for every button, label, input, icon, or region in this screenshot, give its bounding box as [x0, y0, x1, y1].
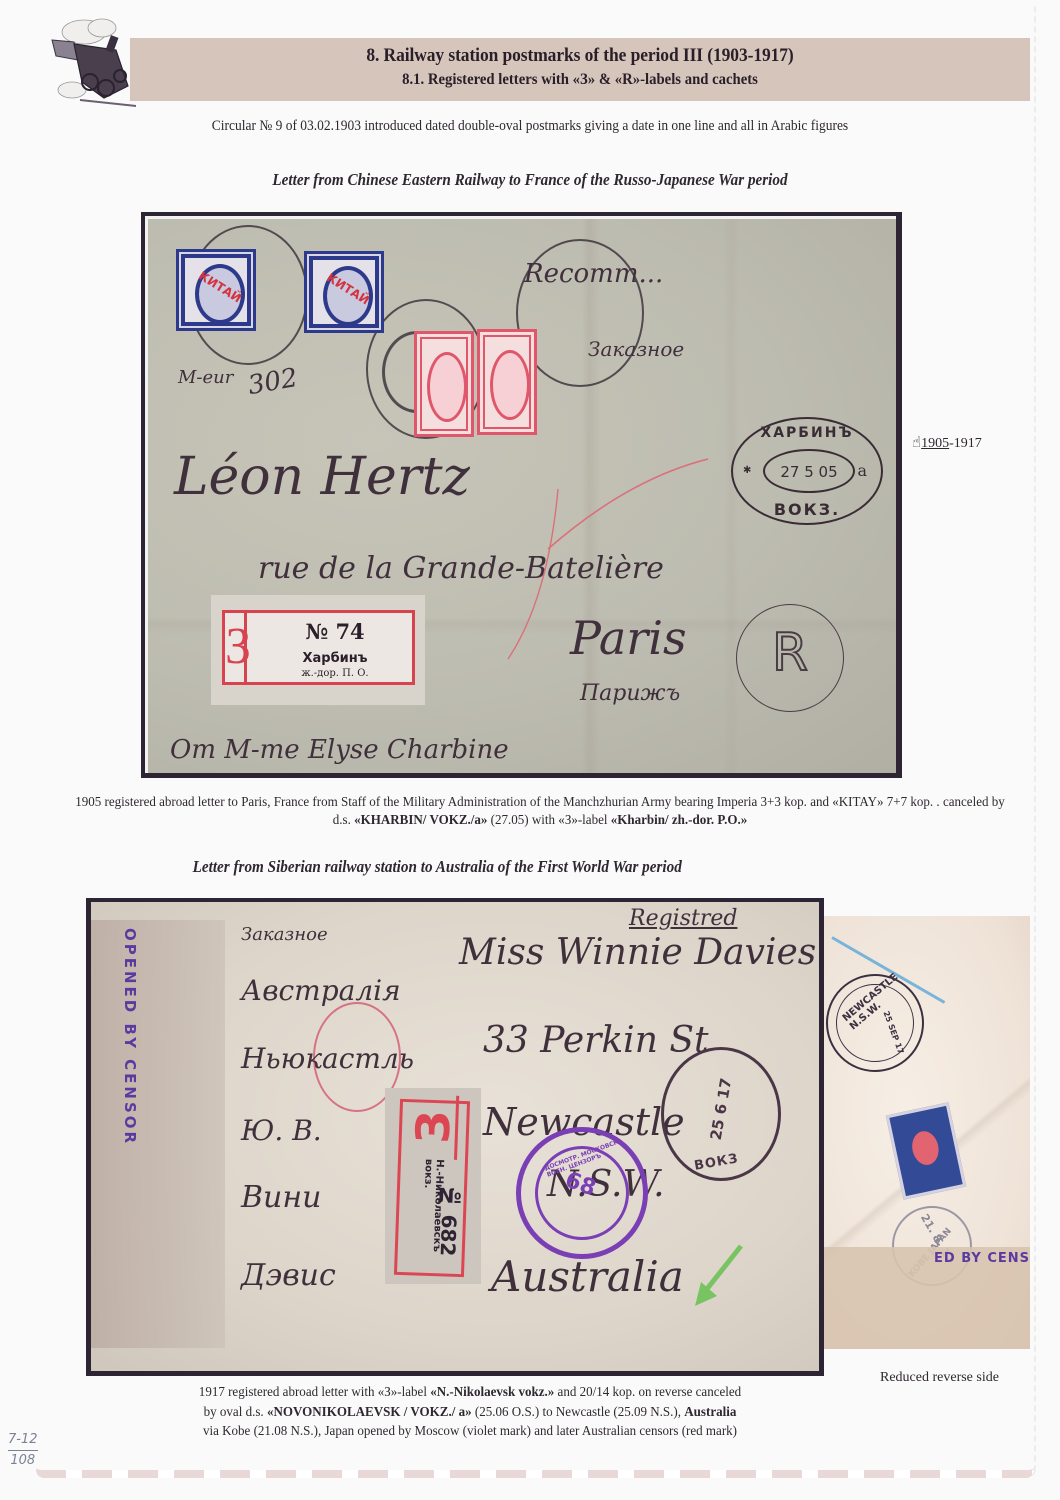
section-title-2: Letter from Siberian railway station to …	[60, 857, 814, 877]
label-city: Харбинъ	[265, 651, 405, 666]
caption-cover-1: 1905 registered abroad letter to Paris, …	[75, 794, 1005, 830]
postmark-novonikolaevsk-vokz: 25 6 17 ВОКЗ	[661, 1047, 781, 1181]
caption-cover-2: 1917 registered abroad letter with «З»-l…	[70, 1383, 870, 1442]
censor-strip: OPENED BY CENSOR	[91, 920, 225, 1348]
handwritten-number: 302	[246, 363, 300, 401]
caption-text: by oval d.s.	[204, 1405, 267, 1420]
handwritten-ru-2: Австралія	[241, 974, 401, 1007]
handwritten-country: Australia	[491, 1252, 684, 1301]
steam-locomotive-icon	[44, 16, 154, 108]
newcastle-postmark-date: 25 SEP 17	[882, 1010, 906, 1055]
registration-label: З № 74 Харбинъ ж.-дор. П. О.	[211, 595, 425, 705]
handwritten-registered: Registred	[629, 906, 737, 931]
censor-strip-reverse: ED BY CENS	[822, 1247, 1030, 1349]
r-cachet-letter: R	[737, 623, 843, 683]
postmark-date: 25 6 17	[706, 1073, 736, 1145]
star-icon: ✱	[743, 465, 751, 476]
caption-emphasis: «N.-Nikolaevsk vokz.»	[430, 1385, 554, 1400]
caption-text: via Kobe (21.08 N.S.), Japan opened by M…	[203, 1424, 737, 1439]
postmark-top: ХАРБИНЪ	[733, 425, 881, 441]
handwritten-zakaznoe: Заказное	[588, 337, 684, 361]
caption-text: (25.06 O.S.) to Newcastle (25.09 N.S.),	[472, 1405, 685, 1420]
registration-label: З Н.-Николаевскъ вокз. № 682	[385, 1088, 481, 1284]
label-number: № 682	[436, 1183, 463, 1257]
censor-strip-text: OPENED BY CENSOR	[121, 928, 139, 1146]
red-crayon-mark	[408, 399, 708, 679]
pointing-hand-icon: ☝	[912, 433, 921, 451]
label-box: З Н.-Николаевскъ вокз. № 682	[394, 1099, 470, 1277]
caption-emphasis: «KHARBIN/ VOKZ./a»	[354, 813, 487, 828]
handwritten-ru-6: Дэвис	[241, 1258, 336, 1293]
handwritten-sender: От М-me Elyse Charbine	[170, 735, 509, 765]
postmark-newcastle: NEWCASTLE N.S.W. 25 SEP 17	[826, 974, 924, 1072]
newcastle-postmark-text: NEWCASTLE N.S.W.	[841, 962, 919, 1033]
label-letter: З	[225, 613, 247, 682]
caption-line: 1917 registered abroad letter with «З»-l…	[70, 1383, 870, 1403]
caption-line: via Kobe (21.08 N.S.), Japan opened by M…	[70, 1422, 870, 1442]
postmark-bottom: ВОКЗ	[693, 1151, 740, 1174]
page-subtitle: 8.1. Registered letters with «З» & «R»-l…	[166, 71, 994, 89]
year-to: -1917	[949, 436, 982, 451]
handwritten-ru-5: Вини	[241, 1180, 321, 1215]
cover-novonikolaevsk-australia: OPENED BY CENSOR Registred Miss Winnie D…	[86, 898, 824, 1376]
censor-strip-text: ED BY CENS	[934, 1251, 1030, 1266]
caption-emphasis: «NOVONIKOLAEVSK / VOKZ./ a»	[267, 1405, 472, 1420]
caption-text: (27.05) with «З»-label	[487, 813, 610, 828]
header-banner: 8. Railway station postmarks of the peri…	[130, 38, 1030, 101]
margin-note-top: 7-12	[8, 1430, 38, 1451]
label-letter: З	[409, 1094, 459, 1160]
caption-emphasis: Australia	[684, 1405, 736, 1420]
label-office: ж.-дор. П. О.	[265, 668, 405, 679]
cover-kharbin-paris: КИТАЙ КИТАЙ Recomm... Заказное M-eur 302…	[141, 212, 902, 778]
reverse-side-image: NEWCASTLE N.S.W. 25 SEP 17 21. 8. 17 KOB…	[822, 916, 1030, 1349]
violet-mark-number: 68	[562, 1168, 599, 1202]
usage-period-note: ☝1905-1917	[912, 433, 982, 452]
postmark-bottom: ВОКЗ.	[733, 500, 881, 519]
postmark-date: 27 5 05	[765, 463, 853, 481]
stamp-kitay-7kop: КИТАЙ	[304, 251, 384, 333]
margin-note-bottom: 108	[10, 1453, 35, 1468]
caption-line: by oval d.s. «NOVONIKOLAEVSK / VOKZ./ a»…	[70, 1403, 870, 1423]
green-arrow-mark	[691, 1242, 751, 1312]
caption-text: 1917 registered abroad letter with «З»-l…	[199, 1385, 430, 1400]
moscow-censor-violet-mark: ДОСМОТР. МОСКОВСК. ВОЕН. ЦЕНЗОРЪ 68	[516, 1127, 648, 1259]
label-box: З № 74 Харбинъ ж.-дор. П. О.	[222, 610, 415, 685]
postmark-kharbin-vokz: ХАРБИНЪ 27 5 05 ✱ а ВОКЗ.	[731, 417, 883, 525]
handwritten-ru-4: Ю. В.	[241, 1114, 322, 1147]
margin-pencil-note: 7-12 108	[8, 1430, 38, 1471]
reverse-side-caption: Reduced reverse side	[880, 1370, 999, 1386]
overprint-text: КИТАЙ	[187, 263, 254, 312]
handwritten-ru-1: Заказное	[241, 924, 328, 945]
label-number: № 74	[265, 619, 405, 644]
caption-emphasis: «Kharbin/ zh.-dor. P.O.»	[611, 813, 748, 828]
r-cachet: R	[736, 604, 844, 712]
handwritten-recommande: Recomm...	[524, 259, 663, 289]
handwritten-ru-3: Ньюкастль	[241, 1042, 414, 1075]
year-from: 1905	[921, 436, 949, 451]
postmark-date-oval: 27 5 05	[763, 449, 855, 493]
handwritten-addressee: Miss Winnie Davies	[459, 932, 816, 973]
postmark-letter: а	[857, 461, 867, 480]
handwritten-city-ru: Парижъ	[580, 681, 680, 706]
violet-mark-text: ДОСМОТР. МОСКОВСК. ВОЕН. ЦЕНЗОРЪ	[544, 1131, 643, 1178]
handwritten-street: 33 Perkin St	[483, 1020, 708, 1061]
handwritten-salutation: M-eur	[178, 367, 233, 388]
intro-text: Circular № 9 of 03.02.1903 introduced da…	[37, 118, 1023, 135]
stamp-20-14kop	[886, 1102, 966, 1199]
page-title: 8. Railway station postmarks of the peri…	[166, 45, 994, 67]
overprint-text: КИТАЙ	[315, 265, 382, 314]
envelope-paper: КИТАЙ КИТАЙ Recomm... Заказное M-eur 302…	[148, 219, 896, 773]
section-title-1: Letter from Chinese Eastern Railway to F…	[42, 170, 1017, 190]
stamp-kitay-7kop: КИТАЙ	[176, 249, 256, 331]
caption-text: and 20/14 kop. on reverse canceled	[554, 1385, 741, 1400]
